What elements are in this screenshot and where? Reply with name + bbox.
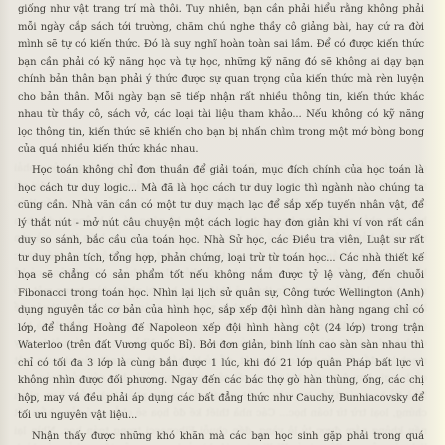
text-line: họa sẽ chẳng có sản phẩm tốt nếu không n… [18, 267, 424, 285]
paragraph: Nhận thấy được những khó khăn mà các bạn… [18, 428, 424, 445]
book-page-scan: giống như vật trang trí mà thôi. Tuy nhi… [0, 0, 445, 445]
text-line: lọc thông tin, kiến thức sẽ khiến cho bạ… [18, 124, 424, 142]
text-line: học cách tư duy logic... Mà đã là học cá… [18, 180, 424, 198]
page-text-block: giống như vật trang trí mà thôi. Tuy nhi… [18, 1, 424, 445]
paragraph: Học toán không chỉ đơn thuần để giải toá… [18, 162, 424, 425]
text-line: mình sẽ tự có kiến thức. Đó là suy nghĩ … [18, 36, 424, 54]
text-line: bạn cần phải có kỹ năng học và tự học, n… [18, 54, 424, 72]
text-line: Waterloo (trên đất Vương quốc Bỉ). Bởi đ… [18, 337, 424, 355]
text-line: Fibonacci trong toán học. Nhìn lại lịch … [18, 285, 424, 303]
text-line: nhau từ thầy cô, sách vở, các loại tài l… [18, 106, 424, 124]
text-line: chỉ có tối đa 3 lớp là cùng bắn được 1 l… [18, 355, 424, 373]
text-line: Học toán không chỉ đơn thuần để giải toá… [18, 162, 424, 180]
text-line: tối ưu nguyên vật liệu... [18, 407, 424, 425]
text-line: cho bản thân. Mỗi ngày bạn sẽ tiếp nhận … [18, 89, 424, 107]
text-line: của quá nhiều kiến thức khác nhau. [18, 141, 424, 159]
text-line: Nhận thấy được những khó khăn mà các bạn… [18, 428, 424, 445]
text-line: chính bản thân bạn phải ý thức được sự q… [18, 71, 424, 89]
text-line: giống như vật trang trí mà thôi. Tuy nhi… [18, 1, 424, 19]
text-line: hộp, may vá đều phải áp dụng các bất đẳn… [18, 390, 424, 408]
text-line: không nhìn được đối phương. Ngay đến các… [18, 372, 424, 390]
paragraph: giống như vật trang trí mà thôi. Tuy nhi… [18, 1, 424, 159]
text-line: duy so sánh, bắc cầu của toán học. Nhà S… [18, 232, 424, 250]
text-line: dụng nguyên tắc cơ bản của hình học, sắp… [18, 302, 424, 320]
text-line: mỗi ngày cắp sách tới trường, chăm chú n… [18, 19, 424, 37]
text-line: cũng cần. Nhà văn cần có một tư duy mạch… [18, 197, 424, 215]
text-line: lớp, để thắng Hoàng đế Napoleon xếp đội … [18, 320, 424, 338]
text-line: lý thắt nút - mở nút câu chuyện một cách… [18, 215, 424, 233]
text-line: tư duy phân tích, tổng hợp, phản chứng, … [18, 250, 424, 268]
